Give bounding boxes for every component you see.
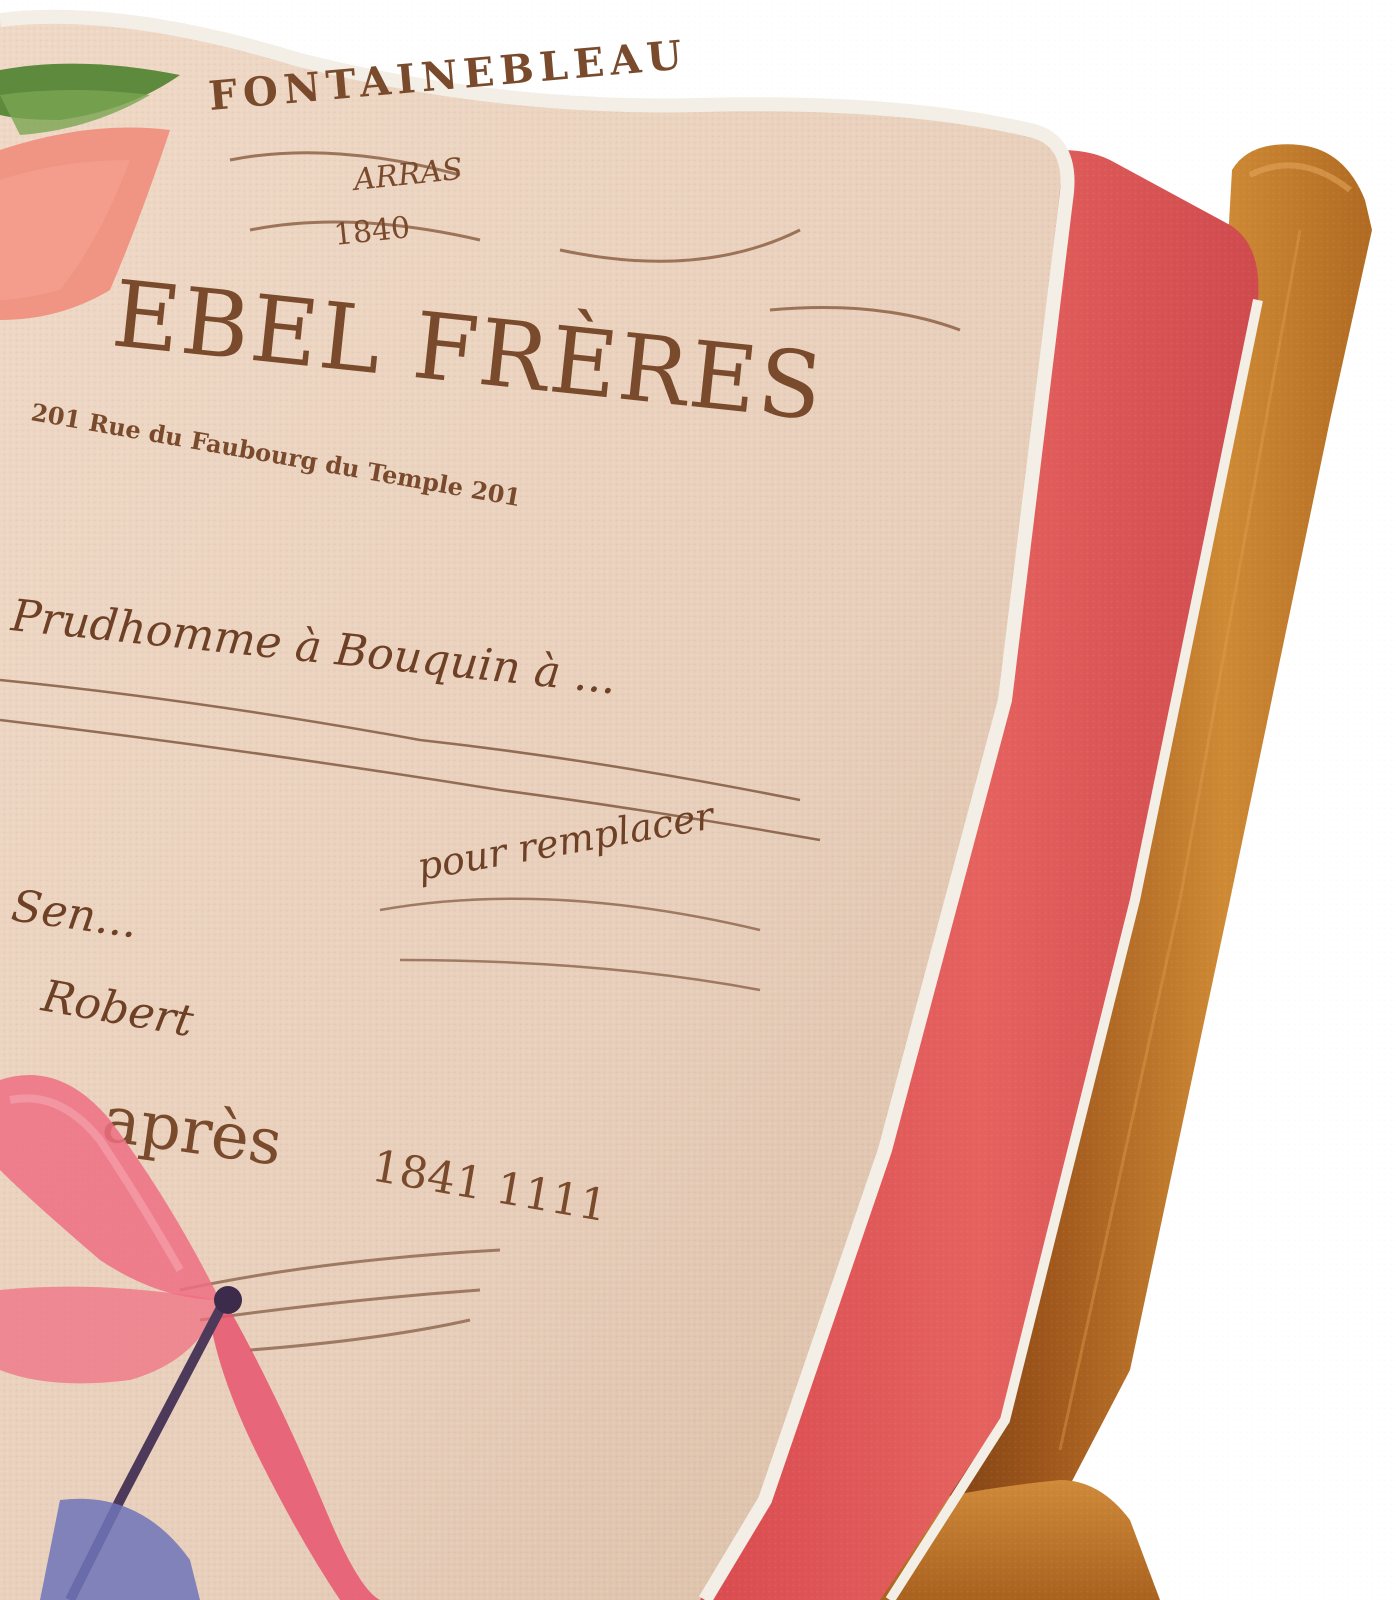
cushion-illustration: FONTAINEBLEAU ARRAS 1840 EBEL FRÈRES 201…: [0, 0, 1396, 1600]
product-photo: FONTAINEBLEAU ARRAS 1840 EBEL FRÈRES 201…: [0, 0, 1396, 1600]
